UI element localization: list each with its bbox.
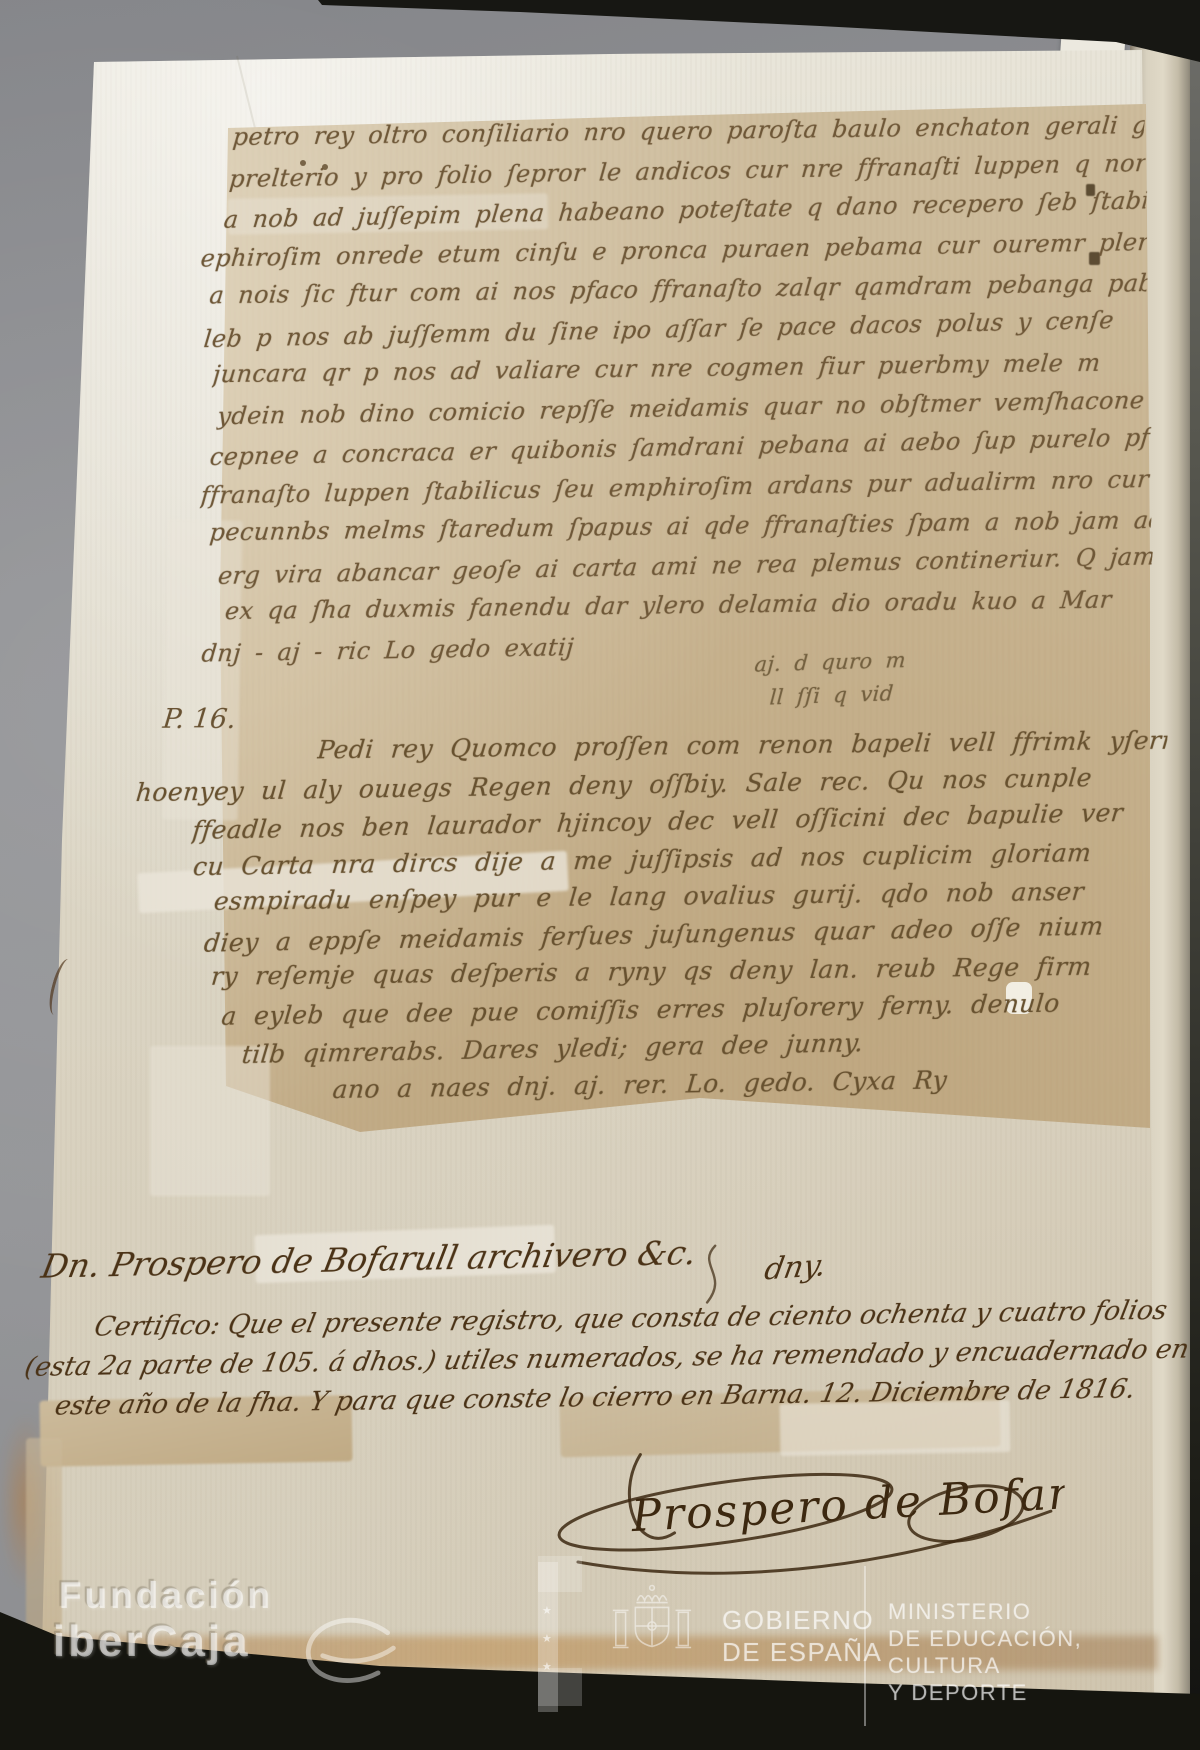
parchment-fragment-left-edge xyxy=(26,1438,62,1638)
spain-coat-of-arms-icon xyxy=(608,1580,696,1676)
latin-text-block-1: petro rey oltro conſiliario nro quero pa… xyxy=(228,104,1154,673)
latin-text-block-2: Pedi rey Quomco proſſen com renon bapeli… xyxy=(127,720,1173,1111)
ministerio-watermark: MINISTERIO DE EDUCACIÓN, CULTURA Y DEPOR… xyxy=(888,1598,1200,1706)
brace-flourish-icon xyxy=(703,1246,719,1303)
ministerio-line3: Y DEPORTE xyxy=(888,1679,1200,1706)
gobierno-line2: DE ESPAÑA xyxy=(722,1636,882,1668)
certification-text: Certifico: Que el presente registro, que… xyxy=(14,1291,1157,1426)
ibercaja-watermark-line1: Fundación xyxy=(58,1574,272,1616)
star-icon: ★ xyxy=(542,1632,552,1645)
star-icon: ★ xyxy=(542,1660,552,1673)
margin-notes: aj. d quro m ll ſſi q vid xyxy=(754,641,986,715)
gobierno-watermark: GOBIERNO DE ESPAÑA xyxy=(722,1604,882,1668)
star-icon: ★ xyxy=(542,1604,552,1617)
ministerio-line1: MINISTERIO xyxy=(888,1598,1200,1625)
ibercaja-logo-icon xyxy=(296,1606,401,1696)
watermark-divider xyxy=(864,1566,866,1726)
gobierno-line1: GOBIERNO xyxy=(722,1604,882,1636)
archival-document-scan: petro rey oltro conſiliario nro quero pa… xyxy=(0,0,1200,1750)
ministerio-line2: DE EDUCACIÓN, CULTURA xyxy=(888,1625,1200,1679)
flourish-text: dny. xyxy=(762,1248,829,1288)
signature: Prospero de Bofarull xyxy=(542,1414,1069,1586)
ibercaja-watermark-line2: iberCaja xyxy=(52,1616,250,1666)
entry-number: P. 16. xyxy=(161,704,237,735)
mecd-bookmark-bottom xyxy=(538,1668,582,1706)
